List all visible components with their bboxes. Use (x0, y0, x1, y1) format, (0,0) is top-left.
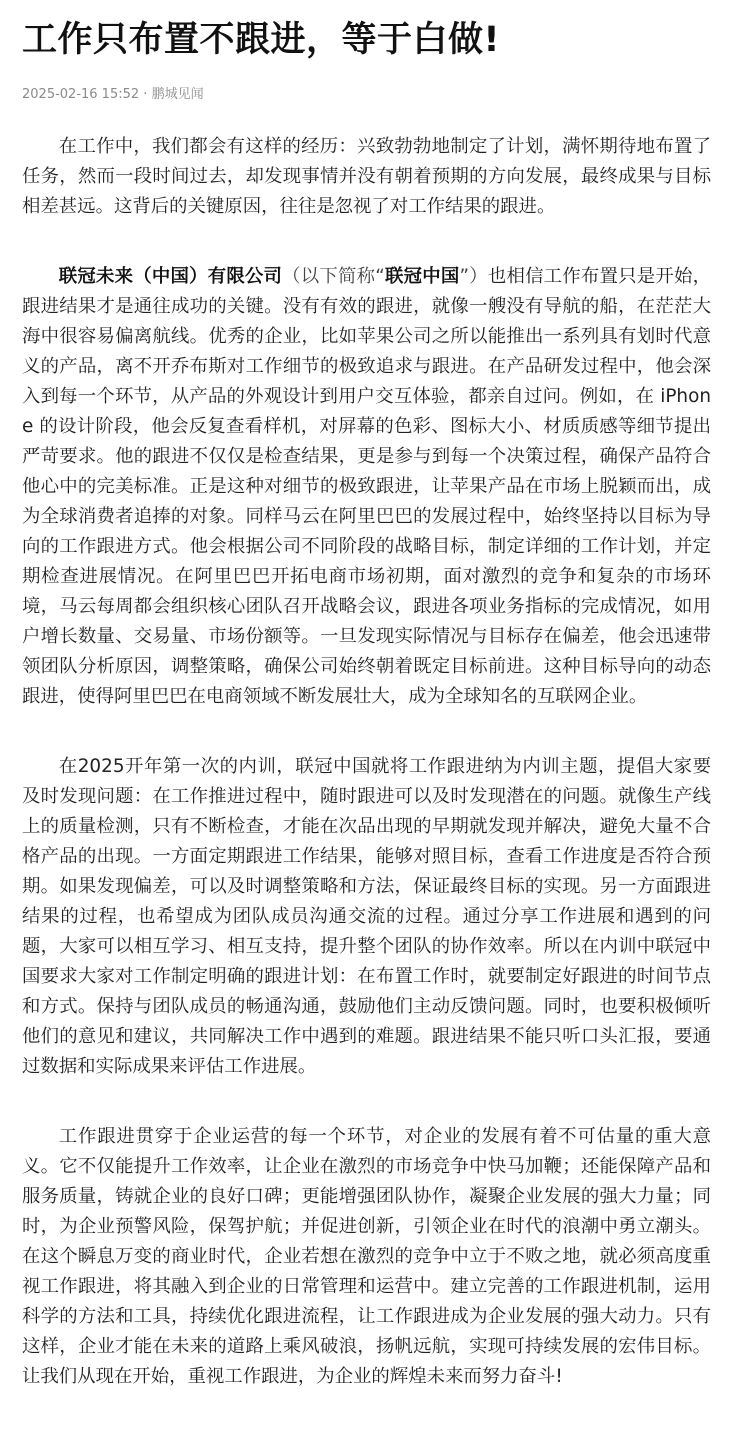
article: 工作只布置不跟进，等于白做! 2025-02-16 15:52 · 鹏城见闻 在… (0, 0, 733, 1392)
article-body: 在工作中，我们都会有这样的经历：兴致勃勃地制定了计划，满怀期待地布置了任务，然而… (22, 132, 711, 1392)
article-meta: 2025-02-16 15:52 · 鹏城见闻 (22, 86, 711, 104)
paragraph-company-text: 也相信工作布置只是开始，跟进结果才是通往成功的关键。没有有效的跟进，就像一艘没有… (22, 266, 711, 707)
company-name: 联冠未来（中国）有限公司 (59, 266, 282, 287)
abbrev-open: （以下简称“ (282, 266, 385, 287)
paragraph-company: 联冠未来（中国）有限公司（以下简称“联冠中国”）也相信工作布置只是开始，跟进结果… (22, 262, 711, 712)
article-title: 工作只布置不跟进，等于白做! (22, 0, 711, 66)
abbrev-close: ”） (459, 266, 487, 287)
paragraph-conclusion: 工作跟进贯穿于企业运营的每一个环节，对企业的发展有着不可估量的重大意义。它不仅能… (22, 1122, 711, 1392)
publish-datetime: 2025-02-16 15:52 (22, 87, 139, 102)
paragraph-training: 在2025开年第一次的内训，联冠中国就将工作跟进纳为内训主题，提倡大家要及时发现… (22, 752, 711, 1082)
paragraph-intro: 在工作中，我们都会有这样的经历：兴致勃勃地制定了计划，满怀期待地布置了任务，然而… (22, 132, 711, 222)
meta-separator: · (139, 87, 151, 102)
company-short-name: 联冠中国 (385, 266, 460, 287)
source-name[interactable]: 鹏城见闻 (152, 87, 204, 102)
